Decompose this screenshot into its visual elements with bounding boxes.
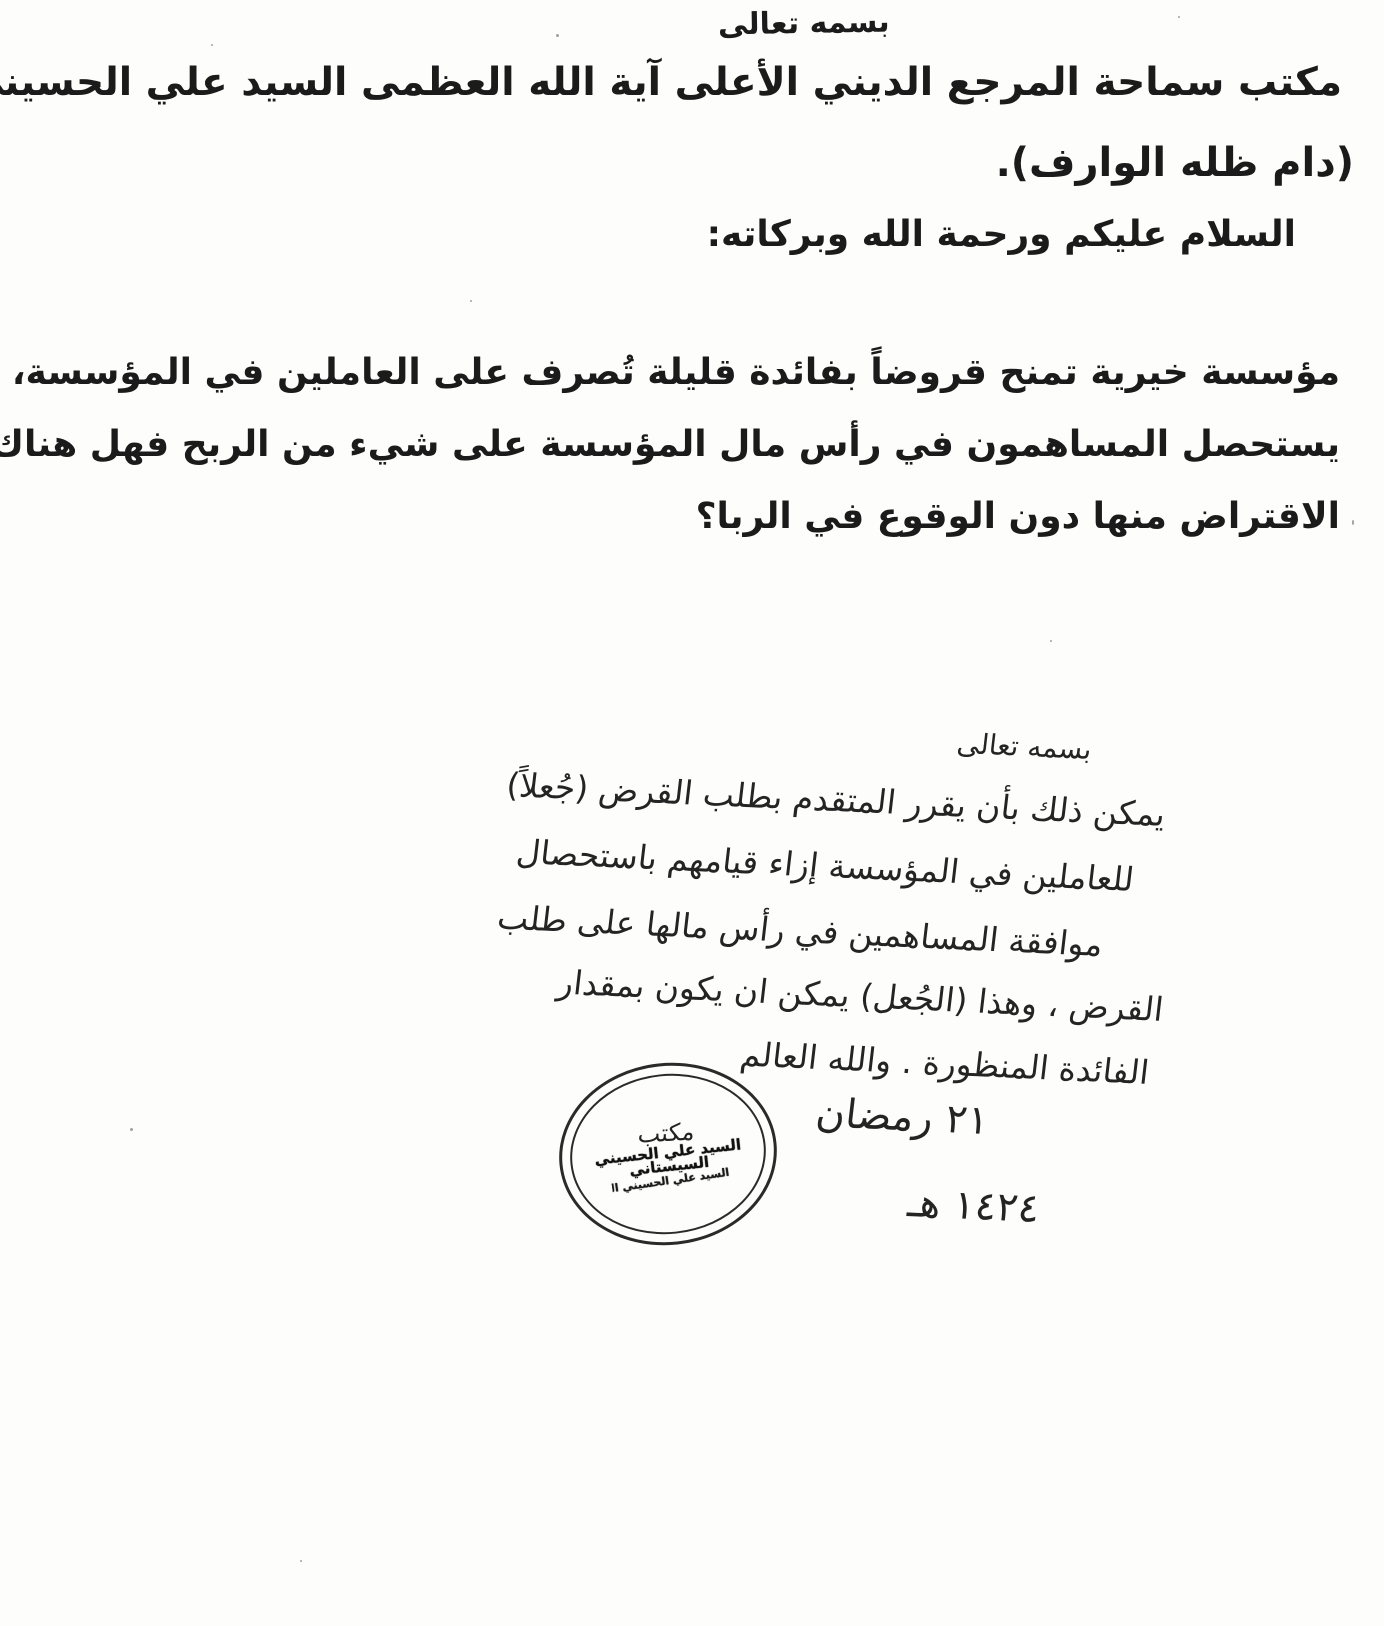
answer-basmala-handwritten: بسمه تعالى [956,727,1094,766]
answer-line-handwritten: الفائدة المنظورة . والله العالم [738,1035,1151,1092]
answer-date-day-month: ٢١ رمضان [814,1090,992,1144]
basmala-printed: بسمه تعالى [718,5,890,43]
answer-line-handwritten: للعاملين في المؤسسة إزاء قيامهم باستحصال [515,832,1137,899]
office-seal-stamp: مكتب السيد علي الحسيني السيستاني السيد ع… [550,1052,786,1256]
scan-noise-dot [1050,640,1052,642]
office-header-honorific: (دام ظله الوارف). [996,140,1354,186]
scan-noise-dot [211,44,213,46]
office-seal-inner-ring: مكتب السيد علي الحسيني السيستاني السيد ع… [562,1064,774,1244]
answer-line-handwritten: موافقة المساهمين في رأس مالها على طلب [496,898,1106,964]
scan-noise-dot [1352,520,1354,525]
scan-noise-dot [300,1560,302,1562]
answer-line-handwritten: القرض ، وهذا (الجُعل) يمكن ان يكون بمقدا… [555,963,1165,1029]
scanned-letter-page: بسمه تعالى مكتب سماحة المرجع الديني الأع… [0,0,1384,1626]
answer-line-handwritten: يمكن ذلك بأن يقرر المتقدم بطلب القرض (جُ… [504,765,1167,834]
question-line: الاقتراض منها دون الوقوع في الربا؟ [45,496,1340,537]
scan-noise-dot [556,34,559,37]
salutation-line: السلام عليكم ورحمة الله وبركاته: [707,214,1296,255]
scan-noise-dot [470,300,472,302]
office-header-title: مكتب سماحة المرجع الديني الأعلى آية الله… [40,60,1342,105]
question-line: يستحصل المساهمون في رأس مال المؤسسة على … [45,424,1340,465]
scan-noise-dot [130,1128,133,1131]
answer-date-year: ١٤٢٤ هـ [905,1180,1042,1232]
scan-noise-dot [1178,16,1180,18]
seal-top-label: مكتب [637,1120,695,1147]
question-line: مؤسسة خيرية تمنح قروضاً بفائدة قليلة تُص… [45,352,1340,393]
